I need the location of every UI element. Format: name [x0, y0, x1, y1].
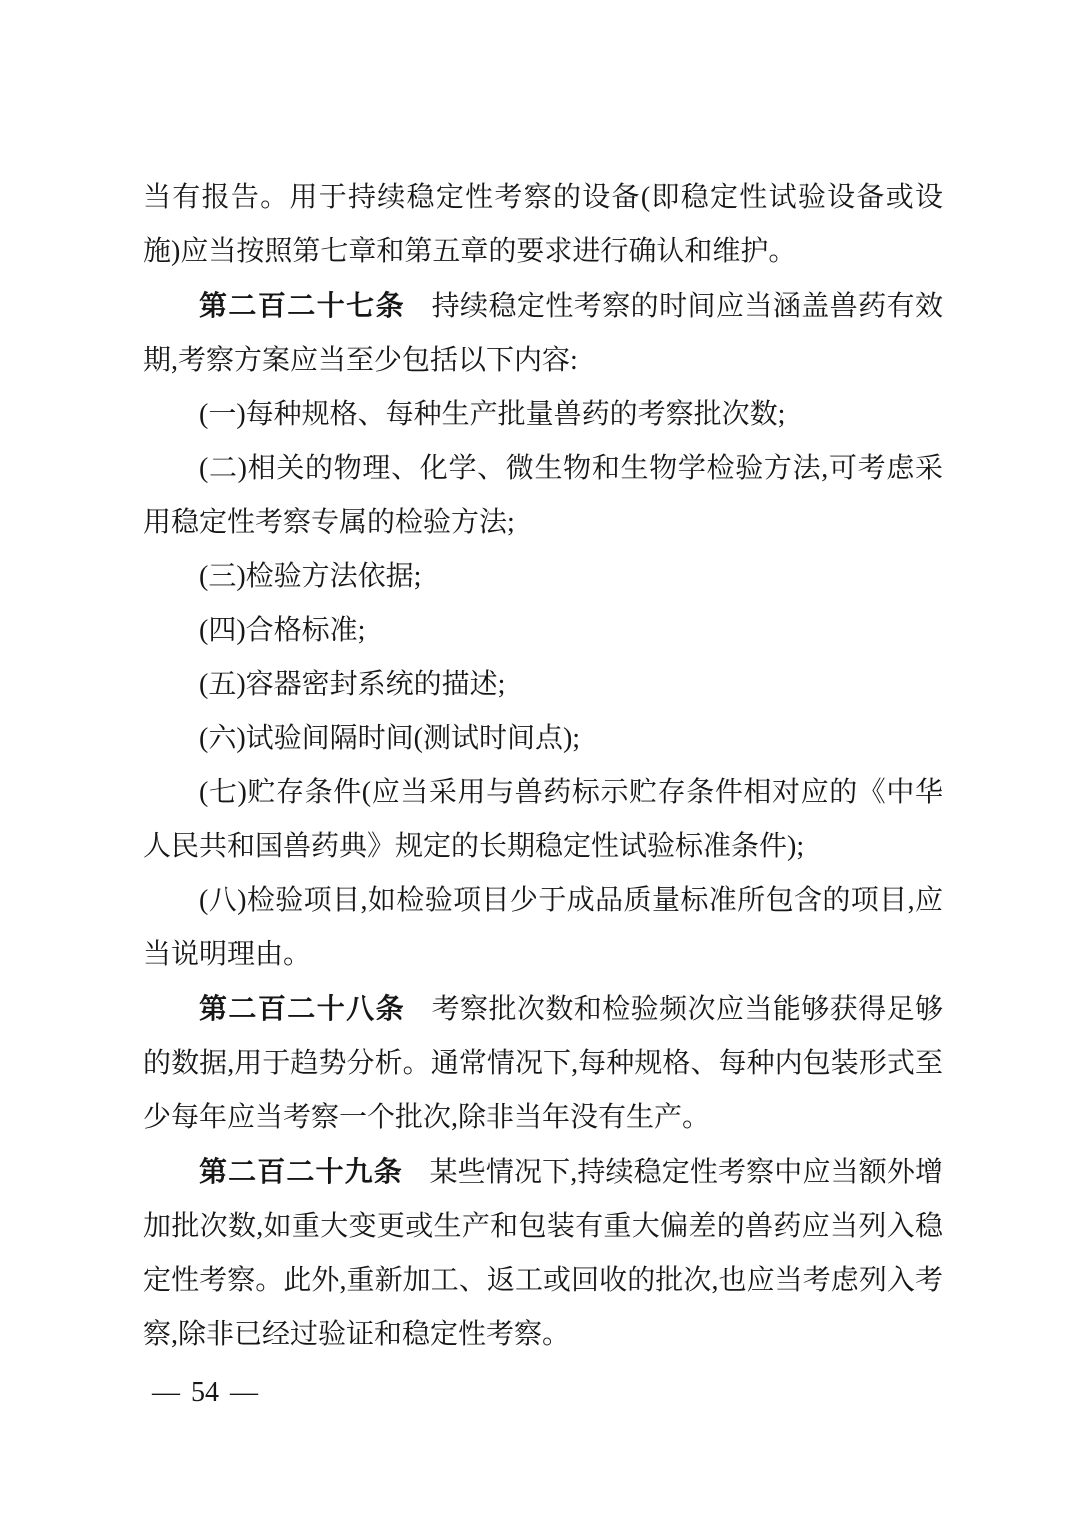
list-item-paragraph: (一)每种规格、每种生产批量兽药的考察批次数;: [143, 388, 943, 442]
document-page: 当有报告。用于持续稳定性考察的设备(即稳定性试验设备或设施)应当按照第七章和第五…: [0, 0, 1080, 1527]
article-number: 第二百二十七条: [199, 289, 405, 322]
footer-right-dash: —: [230, 1376, 258, 1410]
paragraph: 当有报告。用于持续稳定性考察的设备(即稳定性试验设备或设施)应当按照第七章和第五…: [143, 171, 943, 279]
list-item-paragraph: (六)试验间隔时间(测试时间点);: [143, 712, 943, 766]
list-item-paragraph: (八)检验项目,如检验项目少于成品质量标准所包含的项目,应当说明理由。: [143, 874, 943, 982]
article-paragraph: 第二百二十七条持续稳定性考察的时间应当涵盖兽药有效期,考察方案应当至少包括以下内…: [143, 279, 943, 388]
article-paragraph: 第二百二十八条考察批次数和检验频次应当能够获得足够的数据,用于趋势分析。通常情况…: [143, 982, 943, 1145]
article-number: 第二百二十八条: [199, 992, 405, 1025]
list-item-paragraph: (二)相关的物理、化学、微生物和生物学检验方法,可考虑采用稳定性考察专属的检验方…: [143, 442, 943, 550]
document-body: 当有报告。用于持续稳定性考察的设备(即稳定性试验设备或设施)应当按照第七章和第五…: [143, 171, 943, 1362]
article-paragraph: 第二百二十九条某些情况下,持续稳定性考察中应当额外增加批次数,如重大变更或生产和…: [143, 1145, 943, 1362]
list-item-paragraph: (四)合格标准;: [143, 604, 943, 658]
page-footer: — 54 —: [152, 1376, 258, 1410]
list-item-paragraph: (三)检验方法依据;: [143, 550, 943, 604]
article-number: 第二百二十九条: [199, 1155, 403, 1188]
list-item-paragraph: (五)容器密封系统的描述;: [143, 658, 943, 712]
page-number: 54: [191, 1376, 219, 1410]
footer-left-dash: —: [152, 1376, 180, 1410]
list-item-paragraph: (七)贮存条件(应当采用与兽药标示贮存条件相对应的《中华人民共和国兽药典》规定的…: [143, 766, 943, 874]
